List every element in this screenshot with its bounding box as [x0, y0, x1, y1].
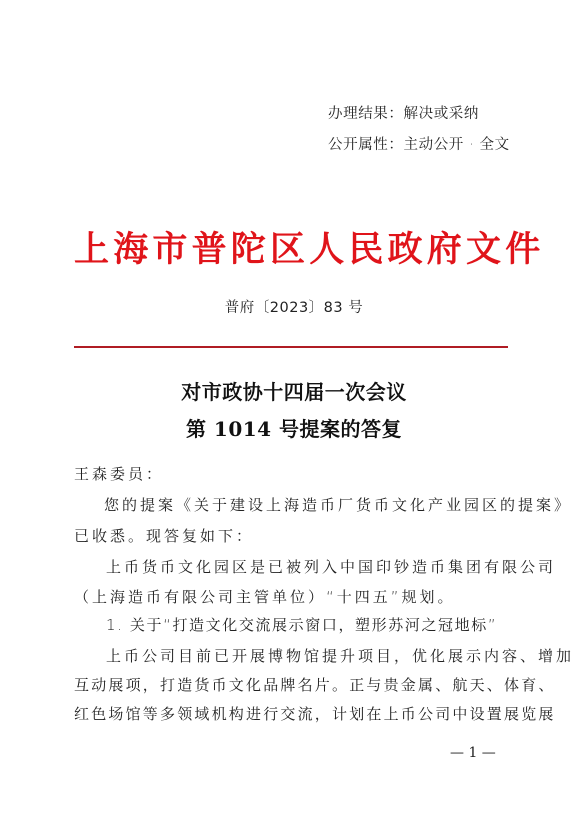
document-title-line-1: 对市政协十四届一次会议: [0, 376, 588, 405]
page-number: — 1 —: [450, 745, 496, 761]
body-line: 您的提案《关于建设上海造币厂货币文化产业园区的提案》: [104, 494, 572, 515]
disclosure-value: 主动公开 · 全文: [404, 137, 510, 153]
handling-result-label: 办理结果：: [328, 106, 404, 122]
document-title-line-2: 第 1014 号提案的答复: [0, 413, 588, 442]
body-line: 已收悉。现答复如下：: [74, 525, 254, 546]
body-line: （上海造币有限公司主管单位）“十四五”规划。: [74, 586, 456, 607]
red-divider-rule: [74, 346, 508, 348]
salutation: 王森委员：: [74, 463, 164, 484]
disclosure-attribute: 公开属性：主动公开 · 全文: [328, 133, 510, 154]
body-line: 红色场馆等多领域机构进行交流，计划在上币公司中设置展览展: [74, 703, 556, 724]
issuer-title: 上海市普陀区人民政府文件: [74, 226, 514, 274]
body-line: 上币货币文化园区是已被列入中国印钞造币集团有限公司: [106, 556, 556, 577]
disclosure-label: 公开属性：: [328, 137, 404, 153]
body-line: 互动展项，打造货币文化品牌名片。正与贵金属、航天、体育、: [74, 674, 556, 695]
body-line: 上币公司目前已开展博物馆提升项目，优化展示内容、增加: [106, 645, 574, 666]
section-heading: 1. 关于“打造文化交流展示窗口，塑形苏河之冠地标”: [106, 614, 497, 635]
handling-result: 办理结果：解决或采纳: [328, 102, 479, 123]
handling-result-value: 解决或采纳: [404, 106, 480, 122]
document-number: 普府〔2023〕83 号: [0, 296, 588, 317]
